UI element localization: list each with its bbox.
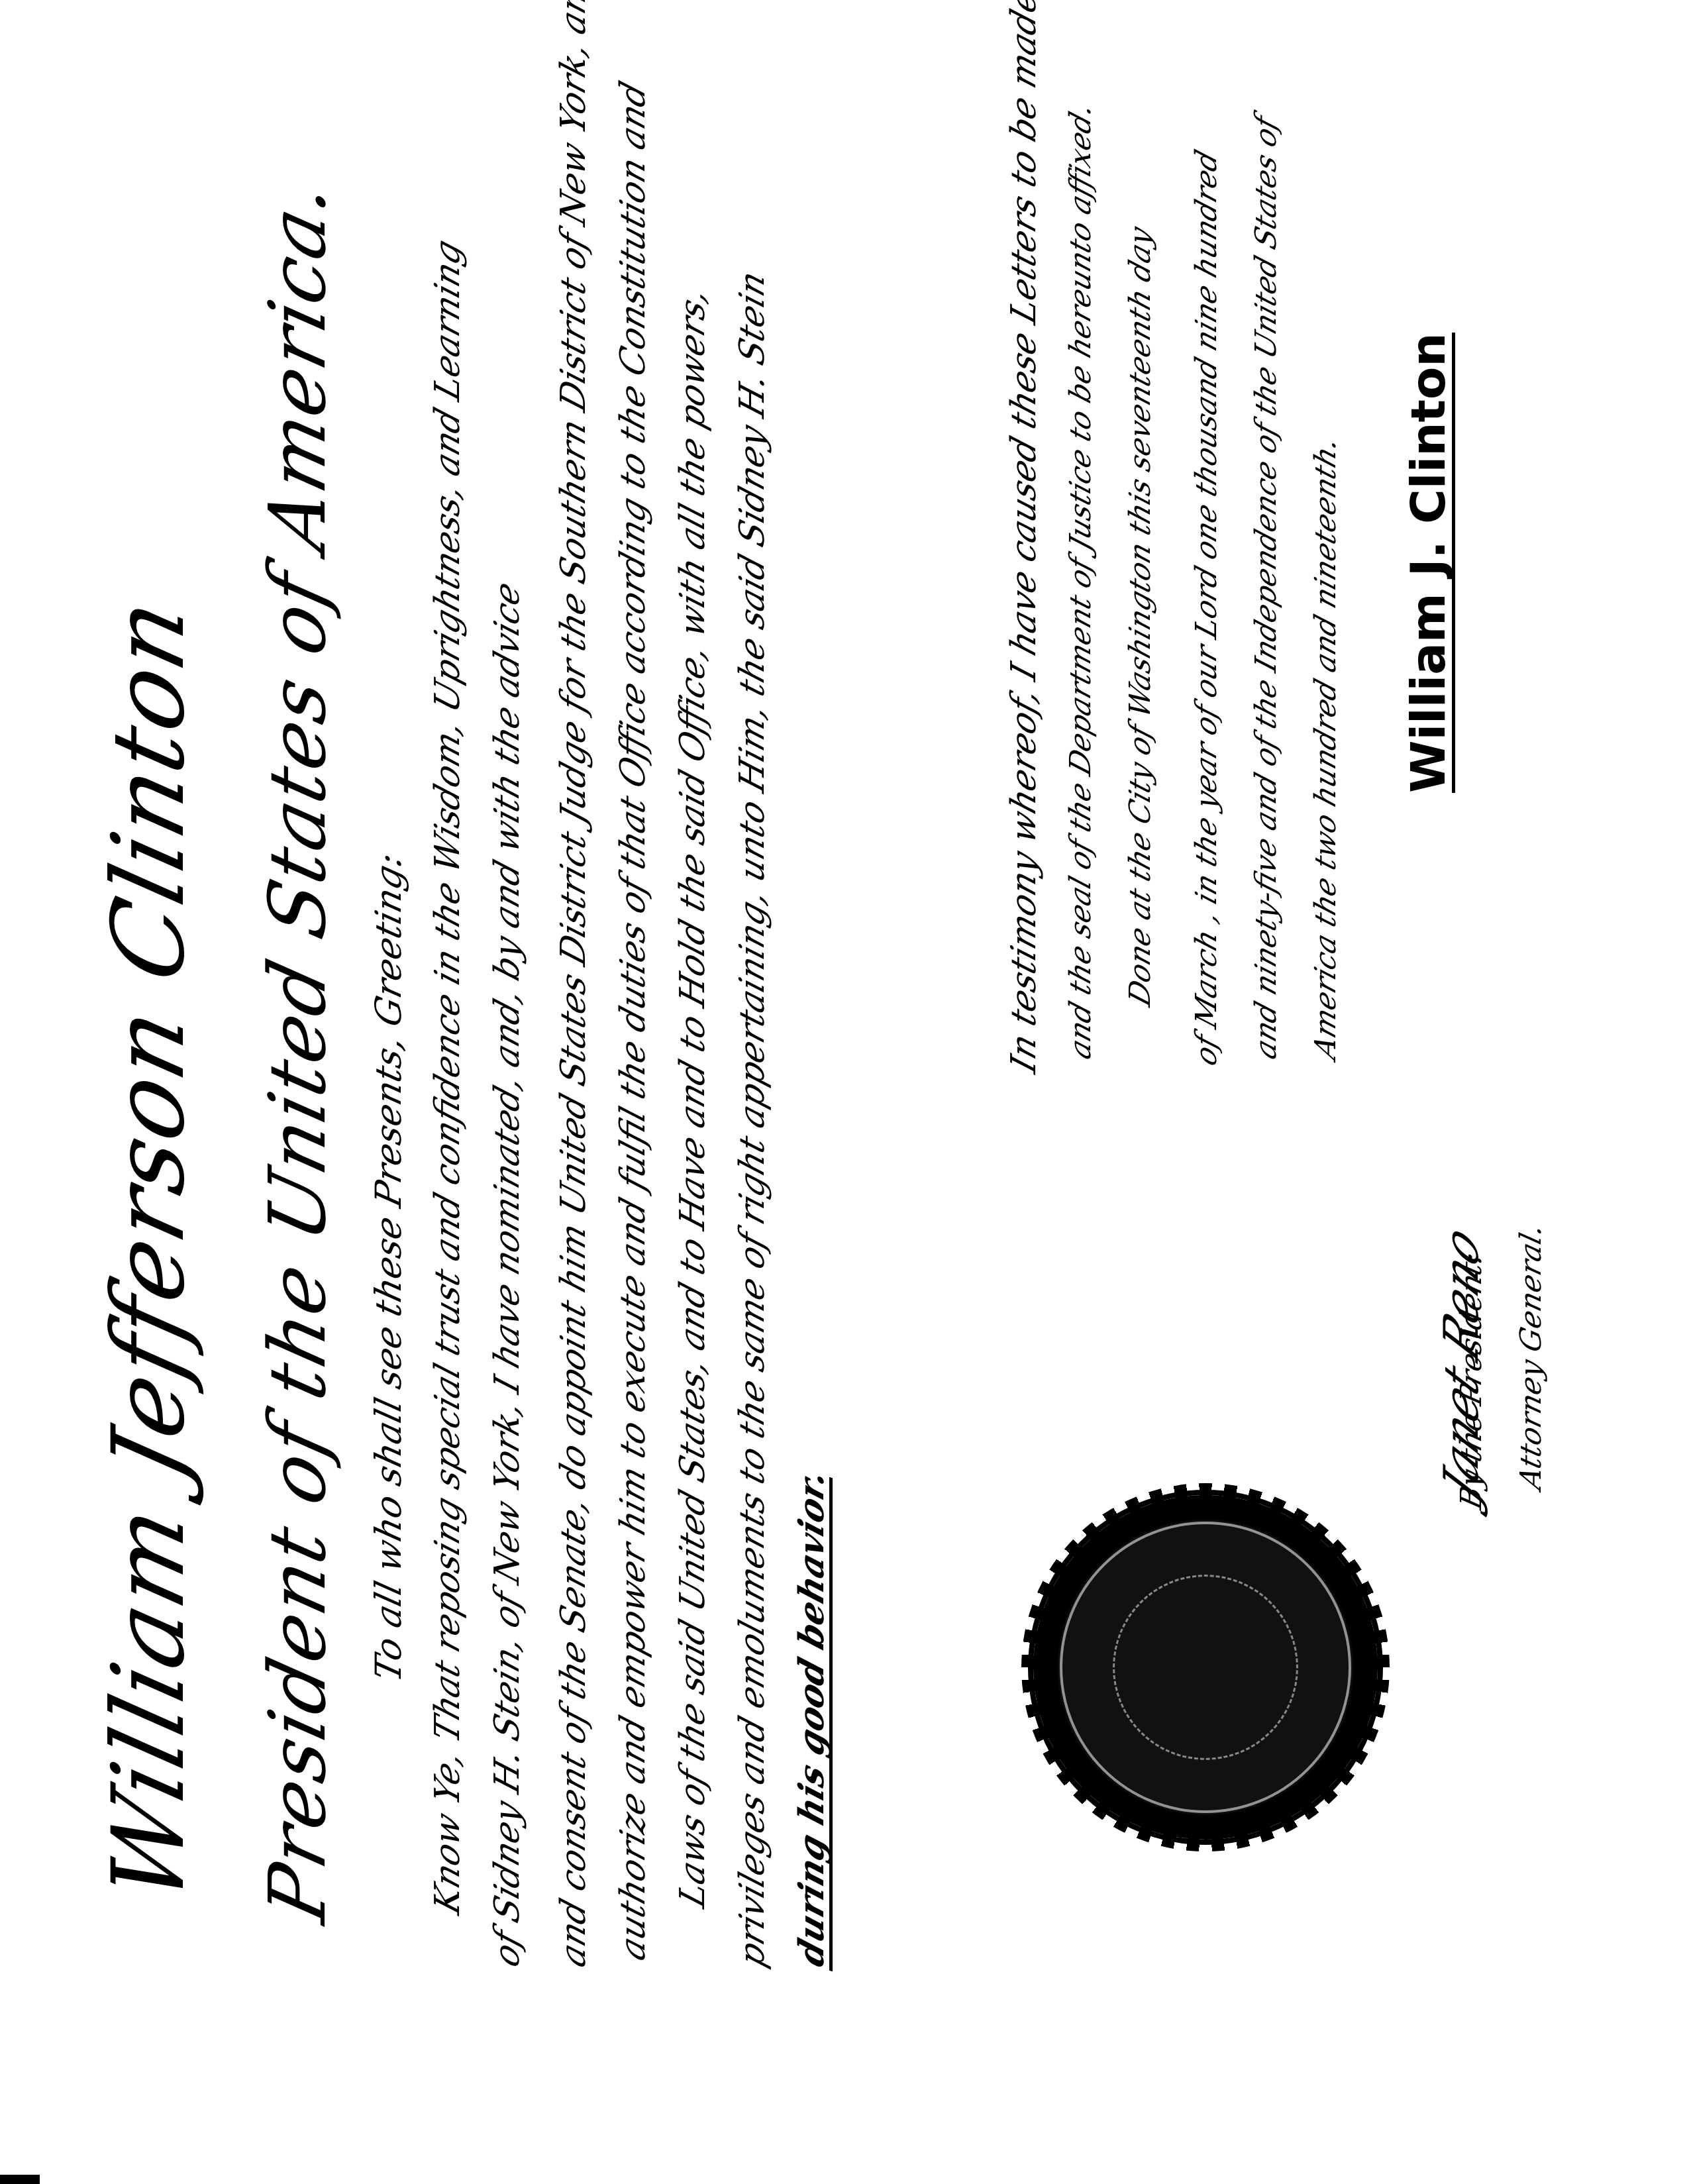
body-line-4: authorize and empower him to execute and… [616, 78, 650, 1964]
testimony-line-4: of March , in the year of our Lord one t… [1192, 147, 1221, 1070]
testimony-line-5: and ninety-five and of the Independence … [1252, 113, 1281, 1063]
document-page: William Jefferson Clinton President of t… [0, 0, 1689, 2184]
department-of-justice-seal [1033, 1495, 1378, 1840]
testimony-line-2: and the seal of the Department of Justic… [1066, 99, 1096, 1063]
body-line-2: of Sidney H. Stein, of New York, I have … [490, 578, 525, 1971]
greeting: To all who shall see these Presents, Gre… [371, 849, 407, 1685]
commission-sheet: William Jefferson Clinton President of t… [0, 0, 1689, 2184]
document-title: William Jefferson Clinton [99, 589, 199, 1912]
testimony-line-6: America the two hundred and nineteenth. [1311, 433, 1341, 1063]
body-line-7: during his good behavior. [795, 1466, 833, 1972]
testimony-line-3: Done at the City of Washington this seve… [1126, 223, 1155, 1010]
scan-edge-mark [0, 2175, 40, 2184]
body-line-1: Know Ye, That reposing special trust and… [431, 235, 465, 1918]
body-line-6: privileges and emoluments to the same of… [735, 267, 770, 1971]
attorney-general-signature: Janet Reno [1437, 1217, 1485, 1509]
document-subtitle: President of the United States of Americ… [258, 172, 336, 1928]
body-line-3: and consent of the Senate, do appoint hi… [556, 0, 591, 1971]
president-signature: William J. Clinton [1404, 333, 1455, 793]
attorney-general-title: Attorney General. [1517, 1222, 1546, 1492]
testimony-line-1: In testimony whereof, I have caused thes… [1007, 0, 1041, 1076]
body-line-5: Laws of the said United States, and to H… [676, 284, 710, 1911]
seal-inner-ring [1113, 1575, 1298, 1760]
